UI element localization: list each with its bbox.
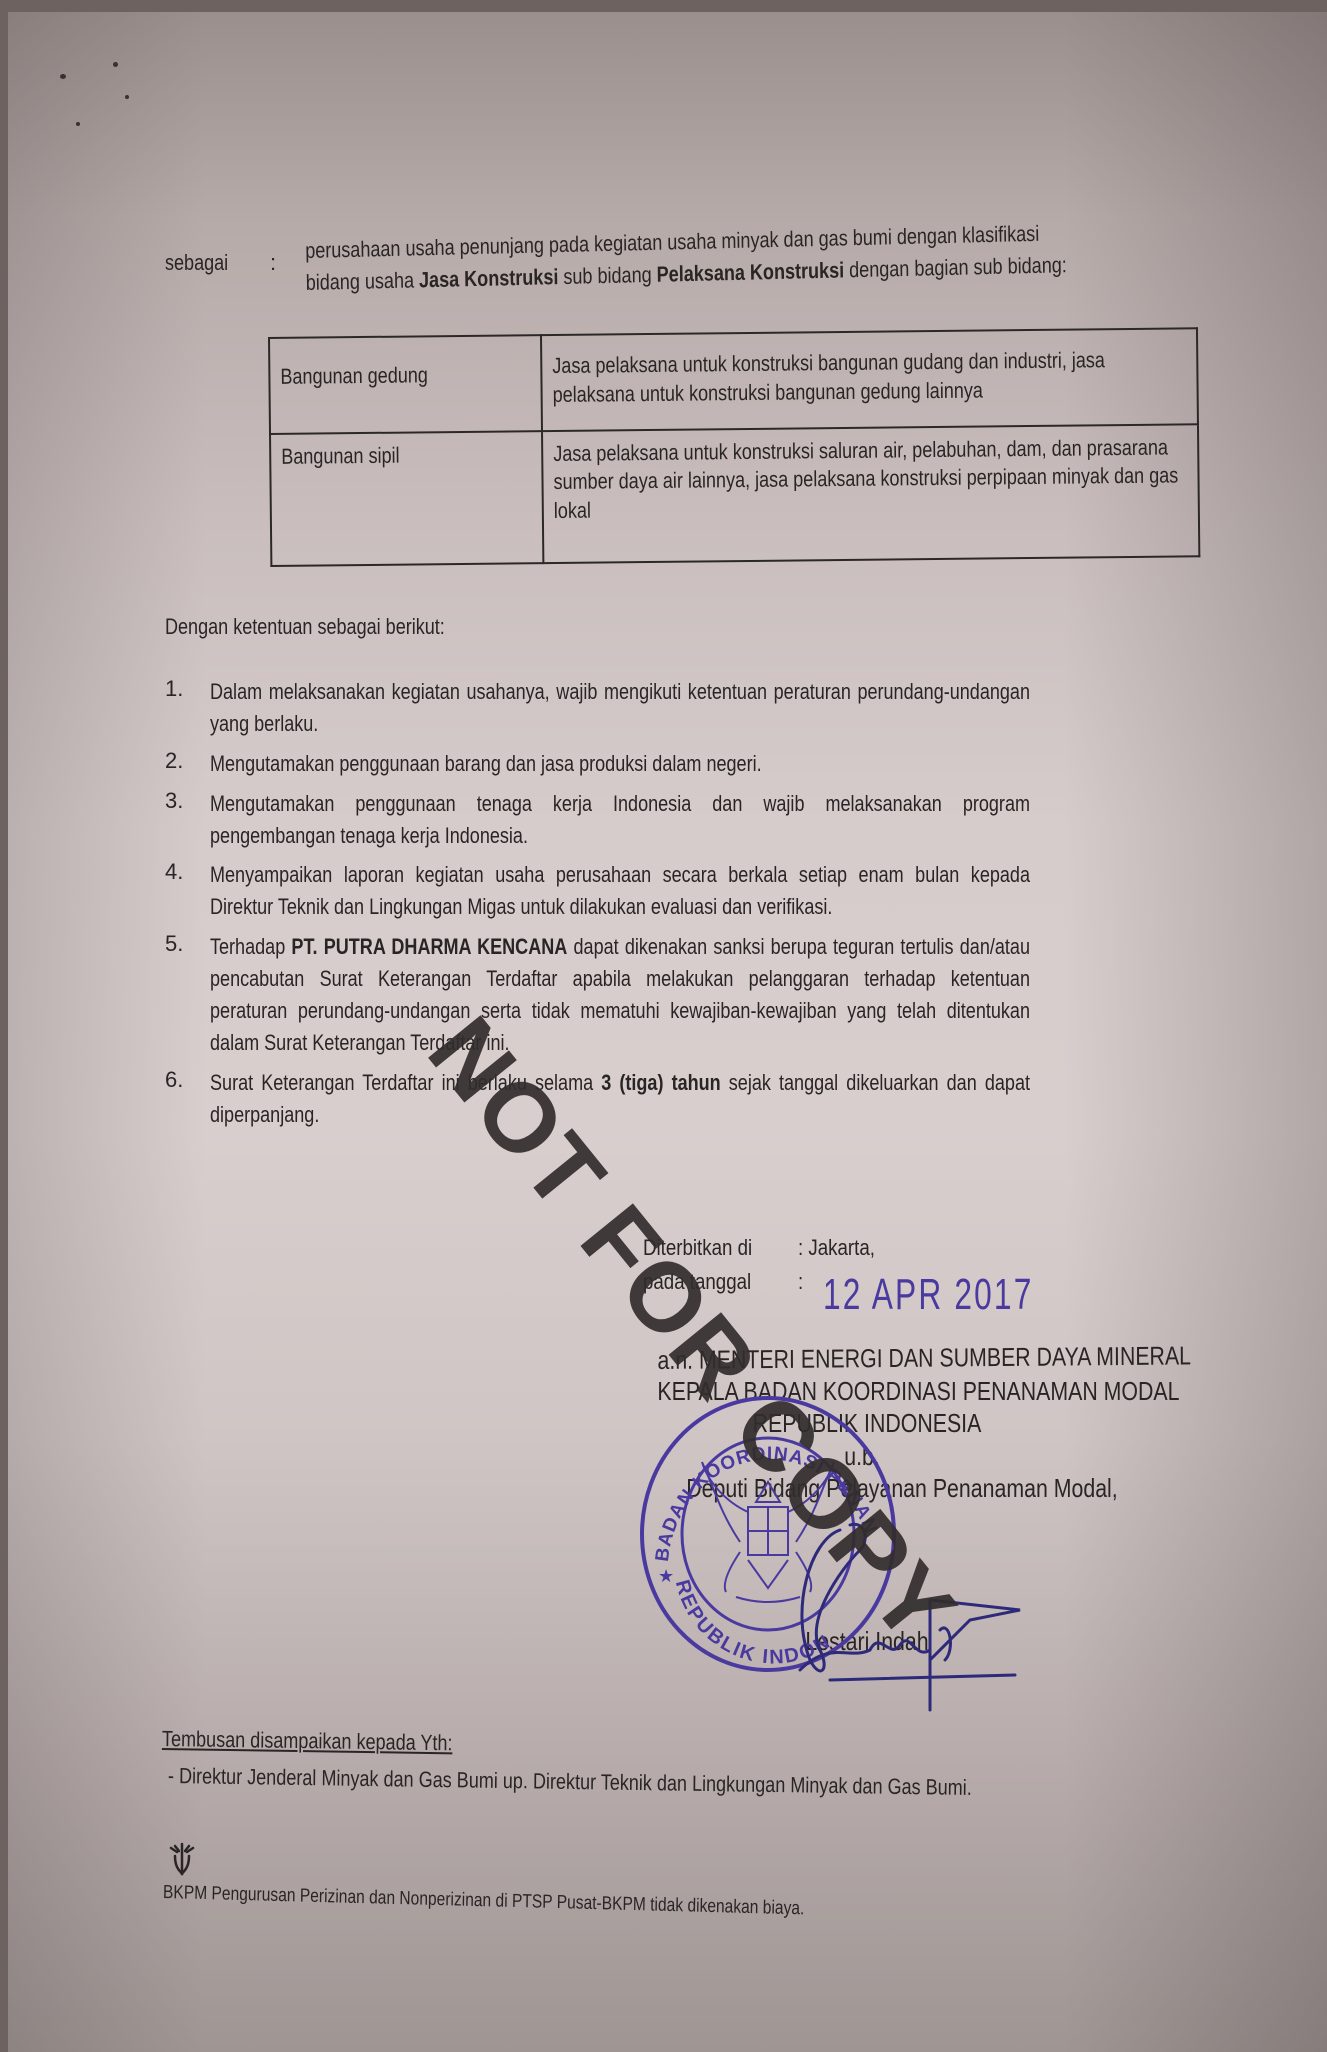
list-text: Dalam melaksanakan kegiatan usahanya, wa… xyxy=(210,676,1030,740)
list-number: 1. xyxy=(165,676,210,740)
ketentuan-list: 1. Dalam melaksanakan kegiatan usahanya,… xyxy=(165,676,1210,1139)
tembusan-title: Tembusan disampaikan kepada Yth: xyxy=(162,1726,453,1757)
list-number: 5. xyxy=(165,931,210,1059)
list-item: 5. Terhadap PT. PUTRA DHARMA KENCANA dap… xyxy=(165,931,1210,1059)
list-number: 2. xyxy=(165,748,210,780)
table-row: Bangunan sipil Jasa pelaksana untuk kons… xyxy=(270,424,1199,566)
text-span: sub bidang xyxy=(558,262,657,289)
sub-bidang: Pelaksana Konstruksi xyxy=(656,258,844,287)
company-name: PT. PUTRA DHARMA KENCANA xyxy=(291,934,567,959)
date-stamp: 12 APR 2017 xyxy=(823,1270,1033,1320)
list-item: 1. Dalam melaksanakan kegiatan usahanya,… xyxy=(165,676,1210,740)
paper-speck xyxy=(113,62,118,67)
list-number: 6. xyxy=(165,1067,210,1131)
table-cell-description: Jasa pelaksana untuk konstruksi bangunan… xyxy=(541,328,1198,431)
list-text: Terhadap PT. PUTRA DHARMA KENCANA dapat … xyxy=(210,931,1030,1059)
list-item: 2. Mengutamakan penggunaan barang dan ja… xyxy=(165,748,1210,780)
text-span: Terhadap xyxy=(210,934,291,959)
list-number: 3. xyxy=(165,788,210,852)
svg-text:★: ★ xyxy=(658,1566,674,1586)
paper-speck xyxy=(60,74,66,79)
text-span: bidang usaha xyxy=(306,268,420,296)
issued-date-colon: : xyxy=(798,1269,803,1295)
table-cell-category: Bangunan sipil xyxy=(270,431,543,566)
validity-period: 3 (tiga) tahun xyxy=(601,1070,720,1095)
bidang-usaha: Jasa Konstruksi xyxy=(419,264,559,292)
list-item: 4. Menyampaikan laporan kegiatan usaha p… xyxy=(165,859,1210,923)
list-item: 3. Mengutamakan penggunaan tenaga kerja … xyxy=(165,788,1210,852)
table-cell-category: Bangunan gedung xyxy=(269,335,542,434)
sub-bidang-table: Bangunan gedung Jasa pelaksana untuk kon… xyxy=(268,327,1200,567)
list-text: Surat Keterangan Terdaftar ini berlaku s… xyxy=(210,1067,1030,1131)
category-text: Bangunan gedung xyxy=(280,360,530,391)
description-text: Jasa pelaksana untuk konstruksi saluran … xyxy=(553,433,1188,525)
text-span: dengan bagian sub bidang: xyxy=(844,253,1067,283)
issued-place-value: : Jakarta, xyxy=(798,1235,875,1261)
paper-speck xyxy=(76,122,80,126)
category-text: Bangunan sipil xyxy=(281,440,531,471)
table-cell-description: Jasa pelaksana untuk konstruksi saluran … xyxy=(542,424,1199,563)
list-text: Mengutamakan penggunaan tenaga kerja Ind… xyxy=(210,788,1030,852)
list-number: 4. xyxy=(165,859,210,923)
description-text: Jasa pelaksana untuk konstruksi bangunan… xyxy=(552,345,1187,409)
list-text: Mengutamakan penggunaan barang dan jasa … xyxy=(210,748,1030,780)
list-item: 6. Surat Keterangan Terdaftar ini berlak… xyxy=(165,1067,1210,1131)
paper-speck xyxy=(125,95,129,99)
sebagai-colon: : xyxy=(270,250,276,276)
list-text: Menyampaikan laporan kegiatan usaha peru… xyxy=(210,859,1030,923)
ketentuan-title: Dengan ketentuan sebagai berikut: xyxy=(165,614,445,640)
table-row: Bangunan gedung Jasa pelaksana untuk kon… xyxy=(269,328,1198,433)
bkpm-logo-icon xyxy=(167,1842,197,1876)
sebagai-label: sebagai xyxy=(165,250,228,276)
